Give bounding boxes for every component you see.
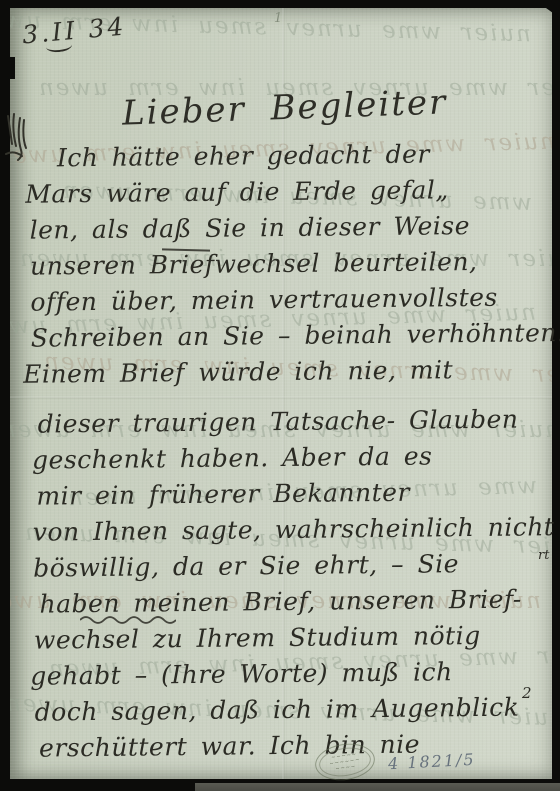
scanner-bed-bar [195, 783, 560, 791]
stamp-text-line: ~~~~ [335, 764, 356, 773]
handwritten-line: doch sagen, daß ich im Augenblick [25, 689, 549, 730]
handwritten-line: Schreiben an Sie – beinah verhöhnten. [21, 315, 545, 356]
insertion-mark: rt [538, 548, 549, 563]
handwritten-line: Einem Brief würde ich nie, mit [21, 351, 545, 392]
pencil-page-number: 1 [274, 11, 282, 26]
handwritten-line: len, als daß Sie in dieser Weise [19, 207, 543, 248]
handwritten-line: böswillig, da er Sie ehrt, – Sie [23, 545, 547, 586]
corner-note: 2 [522, 684, 532, 702]
handwritten-line: gehabt – (Ihre Worte) muß ich [24, 653, 548, 694]
handwritten-line: von Ihnen sagte, wahrscheinlich nicht [23, 509, 547, 550]
handwritten-line: mir ein früherer Bekannter [22, 473, 546, 514]
scanned-letter-page: iun wre mneu vswe nuier wme urnev smeu i… [0, 0, 560, 791]
stamp-text-line: ~~~~~ [331, 751, 358, 761]
paper-corner-cut [546, 8, 560, 18]
letter-body: Ich hätte eher gedacht derMars wäre auf … [19, 135, 550, 766]
handwritten-line: Ich hätte eher gedacht der [19, 135, 543, 176]
scan-edge-notch [0, 57, 15, 79]
handwritten-line: geschenkt haben. Aber da es [22, 437, 546, 478]
wavy-underline-word-meinen [80, 614, 176, 624]
stamp-text-line: ~~~~~~ [329, 757, 361, 767]
handwritten-line: unseren Briefwechsel beurteilen, [20, 243, 544, 284]
handwritten-line: offen über, mein vertrauenvollstes [20, 279, 544, 320]
handwritten-line: Mars wäre auf die Erde gefal„ [19, 171, 543, 212]
letter-paper: iun wre mneu vswe nuier wme urnev smeu i… [10, 8, 552, 779]
handwritten-line: dieser traurigen Tatsache- Glauben [22, 401, 546, 442]
